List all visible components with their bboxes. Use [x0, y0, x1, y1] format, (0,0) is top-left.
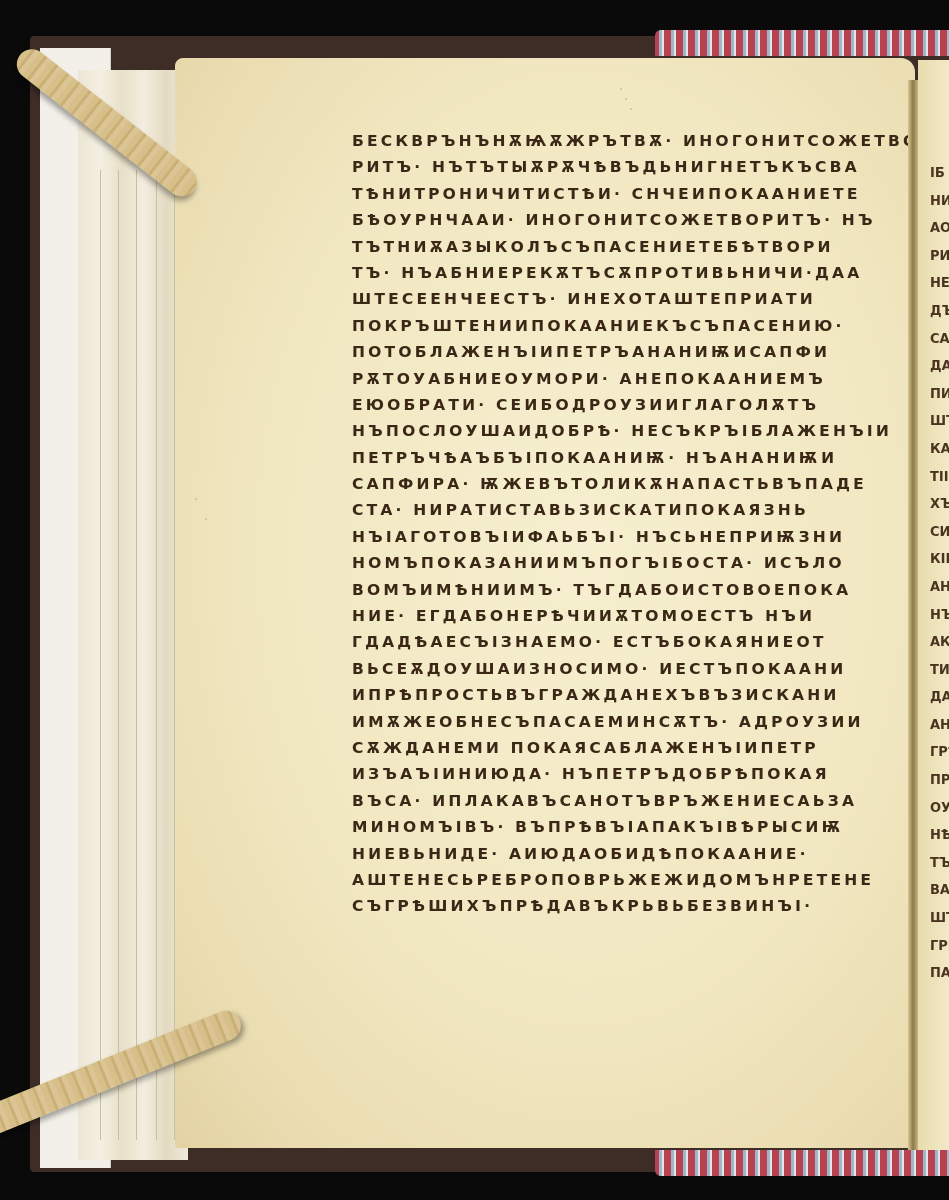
facing-line: ШТ [930, 408, 949, 436]
leaf-edge-line [136, 170, 137, 1140]
text-line: БЕСКВРЪНЪНѪѨѪЖРЪТВѪ· ИНОГОНИТСОЖЕТВО [352, 128, 908, 154]
text-line: ВЪСА· ИПЛАКАВЪСАНОТЪВРЪЖЕНИЕСАЬЗА [352, 788, 908, 814]
text-line: ВОМЪИМѢНИИМЪ· ТЪГДАБОИСТОВОЕПОКА [352, 577, 908, 603]
facing-line: НЪІ [930, 602, 949, 630]
facing-line: НЕІ [930, 270, 949, 298]
text-line: НОМЪПОКАЗАНИИМЪПОГЪІБОСТА· ИСЪЛО [352, 550, 908, 576]
facing-line: СИЧ [930, 519, 949, 547]
facing-line: АНА [930, 574, 949, 602]
text-line: МИНОМЪІВЪ· ВЪПРѢВЪІАПАКЪІВѢРЫСИѬ [352, 814, 908, 840]
pricking-mark [195, 498, 197, 500]
leaf-edge-line [100, 170, 101, 1140]
text-line: ТЪ· НЪАБНИЕРЕКѪТЪСѪПРОТИВЬНИЧИ·ДАА [352, 260, 908, 286]
text-line: ПОТОБЛАЖЕНЪІИПЕТРЪАНАНИѬИСАПФИ [352, 339, 908, 365]
text-line: САПФИРА· ѬЖЕВЪТОЛИКѪНАПАСТЬВЪПАДЕ [352, 471, 908, 497]
gutter-fold [908, 80, 918, 1150]
text-line: АШТЕНЕСЬРЕБРОПОВРЬЖЕЖИДОМЪНРЕТЕНЕ [352, 867, 908, 893]
text-line: РИТЪ· НЪТЪТЫѪРѪЧѢВЪДЬНИГНЕТЪКЪСВА [352, 154, 908, 180]
text-line: ИМѪЖЕОБНЕСЪПАСАЕМИНСѪТЪ· АДРОУЗИИ [352, 709, 908, 735]
facing-line: ІБ [930, 160, 949, 188]
facing-line: ШТ [930, 905, 949, 933]
facing-line: НѢ [930, 822, 949, 850]
text-line: СѪЖДАНЕМИ ПОКАЯСАБЛАЖЕНЪІИПЕТР [352, 735, 908, 761]
facing-line: ТІІ [930, 464, 949, 492]
text-line: ШТЕСЕЕНЧЕЕСТЪ· ИНЕХОТАШТЕПРИАТИ [352, 286, 908, 312]
pricking-mark [620, 88, 622, 90]
facing-line: ОУ [930, 795, 949, 823]
manuscript-text-block: БЕСКВРЪНЪНѪѨѪЖРЪТВѪ· ИНОГОНИТСОЖЕТВО РИТ… [352, 128, 908, 920]
text-line: НЪІАГОТОВЪІИФАЬБЪІ· НЪСЬНЕПРИѬЗНИ [352, 524, 908, 550]
text-line: ИЗЪАЪІИНИЮДА· НЪПЕТРЪДОБРѢПОКАЯ [352, 761, 908, 787]
text-line: ТЪТНИѪАЗЫКОЛЪСЪПАСЕНИЕТЕБѢТВОРИ [352, 234, 908, 260]
facing-line: АК [930, 629, 949, 657]
facing-line: НИ [930, 188, 949, 216]
leaf-edge-line [118, 170, 119, 1140]
facing-line: ВА [930, 877, 949, 905]
page-stack-edge [78, 70, 188, 1160]
facing-line: ТИ [930, 657, 949, 685]
text-line: БѢОУРНЧААИ· ИНОГОНИТСОЖЕТВОРИТЪ· НЪ [352, 207, 908, 233]
text-line: ТѢНИТРОНИЧИТИСТѢИ· СНЧЕИПОКААНИЕТЕ [352, 181, 908, 207]
facing-line: РИ [930, 243, 949, 271]
text-line: ИПРѢПРОСТЬВЪГРАЖДАНЕХЪВЪЗИСКАНИ [352, 682, 908, 708]
text-line: СТА· НИРАТИСТАВЬЗИСКАТИПОКАЯЗНЬ [352, 497, 908, 523]
facing-line: ДАЛ [930, 353, 949, 381]
text-line: ПЕТРЪЧѢАЪБЪІПОКААНИѬ· НЪАНАНИѬИ [352, 445, 908, 471]
facing-line: ДАС [930, 684, 949, 712]
facing-line: КІИ [930, 546, 949, 574]
text-line: НЪПОСЛОУШАИДОБРѢ· НЕСЪКРЪІБЛАЖЕНЪІИ [352, 418, 908, 444]
text-line: ГДАДѢАЕСЪІЗНАЕМО· ЕСТЪБОКАЯНИЕОТ [352, 629, 908, 655]
headband-top [655, 30, 949, 56]
pricking-mark [205, 518, 207, 520]
text-line: НИЕВЬНИДЕ· АИЮДАОБИДѢПОКААНИЕ· [352, 841, 908, 867]
facing-page-text: ІБ НИ АОІ РИ НЕІ ДЪ САП ДАЛ ПИ ШТ КАІ ТІ… [930, 160, 949, 988]
facing-line: ТЪ [930, 850, 949, 878]
facing-line: ПИ [930, 381, 949, 409]
text-line: НИЕ· ЕГДАБОНЕРѢЧИИѪТОМОЕСТЪ НЪИ [352, 603, 908, 629]
facing-line: САП [930, 326, 949, 354]
facing-line: ГРІ [930, 933, 949, 961]
pricking-mark [630, 108, 632, 110]
facing-line: АОІ [930, 215, 949, 243]
headband-bottom [655, 1150, 949, 1176]
facing-line: ПА [930, 960, 949, 988]
text-line: ВЬСЕѪДОУШАИЗНОСИМО· ИЕСТЪПОКААНИ [352, 656, 908, 682]
facing-line: ДЪ [930, 298, 949, 326]
text-line: ЕЮОБРАТИ· СЕИБОДРОУЗИИГЛАГОЛѪТЪ [352, 392, 908, 418]
text-line: РѪТОУАБНИЕОУМОРИ· АНЕПОКААНИЕМЪ [352, 366, 908, 392]
facing-line: ПРО [930, 767, 949, 795]
facing-line: АНС [930, 712, 949, 740]
facing-line: ГРѢ [930, 739, 949, 767]
facing-line: КАІ [930, 436, 949, 464]
leaf-edge-line [156, 170, 157, 1140]
pricking-mark [625, 98, 627, 100]
facing-line: ХЪ [930, 491, 949, 519]
text-line: СЪГРѢШИХЪПРѢДАВЪКРЬВЬБЕЗВИНЪІ· [352, 893, 908, 919]
text-line: ПОКРЪШТЕНИИПОКААНИЕКЪСЪПАСЕНИЮ· [352, 313, 908, 339]
